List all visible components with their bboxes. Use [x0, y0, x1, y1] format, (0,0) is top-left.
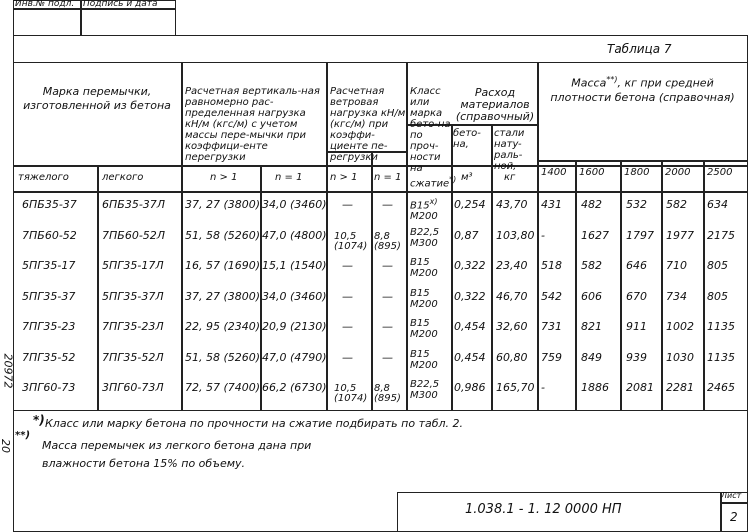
note-1: Класс или марку бетона по прочности на с…	[45, 418, 463, 430]
subheader-light: легкого	[102, 172, 143, 184]
header-mark: Марка перемычки, изготовленной из бетона	[22, 85, 172, 113]
row-mass-2500: 1135	[707, 352, 735, 364]
row-concrete-volume: 0,87	[454, 230, 479, 242]
row-mass-2500: 1135	[707, 321, 735, 333]
row-mark-light: 7ПГ35-23Л	[102, 321, 164, 333]
header-steel: стали натy-раль-ной, кг	[494, 128, 534, 183]
row-vert-load-n-gt-1: 72, 57 (7400)	[185, 382, 260, 394]
row-mark-heavy: 7ПГ35-52	[22, 352, 75, 364]
row-wind-load-n-eq-1: —	[382, 352, 393, 364]
header-vert-load: Расчетная вертикаль-ная равномерно рас-п…	[185, 86, 325, 163]
row-concrete-class: B22,5M300	[410, 227, 439, 249]
row-mass-1400: -	[541, 230, 545, 242]
row-mass-2000: 2281	[666, 382, 694, 394]
table-title: Таблица 7	[607, 43, 672, 55]
row-mark-heavy: 5ПГ35-17	[22, 260, 75, 272]
row-concrete-volume: 0,454	[454, 321, 486, 333]
row-concrete-volume: 0,454	[454, 352, 486, 364]
row-mark-light: 5ПГ35-37Л	[102, 291, 164, 303]
subheader-heavy: тяжелого	[18, 172, 69, 184]
row-vert-load-n-gt-1: 51, 58 (5260)	[185, 230, 260, 242]
document-code: 1.038.1 - 1. 12 0000 НП	[465, 504, 622, 516]
row-concrete-class: B15x)M200	[410, 196, 438, 222]
row-mass-2000: 1977	[666, 230, 694, 242]
row-wind-load-n-gt-1: 10,5(1074)	[334, 232, 367, 252]
subheader-density-0: 1400	[541, 167, 566, 179]
row-vert-load-n-gt-1: 51, 58 (5260)	[185, 352, 260, 364]
row-wind-load-n-eq-1: —	[382, 199, 393, 211]
row-mass-2000: 1030	[666, 352, 694, 364]
row-mass-1800: 1797	[626, 230, 654, 242]
row-concrete-class: B22,5M300	[410, 379, 439, 401]
row-mark-heavy: 3ПГ60-73	[22, 382, 75, 394]
row-vert-load-n-eq-1: 47,0 (4800)	[262, 230, 327, 242]
row-mass-1600: 1627	[581, 230, 609, 242]
row-wind-load-n-gt-1: —	[342, 199, 353, 211]
subheader-wind-n-eq-1: n = 1	[374, 172, 401, 184]
row-mark-heavy: 5ПГ35-37	[22, 291, 75, 303]
row-concrete-volume: 0,322	[454, 291, 486, 303]
row-vert-load-n-gt-1: 37, 27 (3800)	[185, 199, 260, 211]
note-1-mark: *)	[33, 414, 45, 426]
subheader-density-1: 1600	[579, 167, 604, 179]
sheet-label: Лист	[721, 490, 741, 502]
row-mass-1800: 532	[626, 199, 647, 211]
row-mark-light: 7ПБ60-52Л	[102, 230, 165, 242]
sheet-number: 2	[730, 511, 738, 523]
row-mass-1400: -	[541, 382, 545, 394]
row-wind-load-n-gt-1: —	[342, 291, 353, 303]
row-concrete-volume: 0,986	[454, 382, 486, 394]
subheader-vert-n-eq-1: n = 1	[275, 172, 302, 184]
row-mass-1600: 1886	[581, 382, 609, 394]
row-steel-mass: 103,80	[496, 230, 535, 242]
note-2-line-1: Масса перемычек из легкого бетона дана п…	[42, 440, 311, 452]
row-vert-load-n-eq-1: 66,2 (6730)	[262, 382, 327, 394]
row-concrete-volume: 0,254	[454, 199, 486, 211]
row-wind-load-n-eq-1: —	[382, 260, 393, 272]
row-vert-load-n-gt-1: 22, 95 (2340)	[185, 321, 260, 333]
row-mass-1400: 759	[541, 352, 562, 364]
row-mass-1800: 939	[626, 352, 647, 364]
row-mass-1600: 582	[581, 260, 602, 272]
header-wind-load: Расчетная ветровая нагрузка кН/м (кгс/м)…	[330, 86, 406, 163]
row-vert-load-n-eq-1: 15,1 (1540)	[262, 260, 327, 272]
row-concrete-class: B15M200	[410, 288, 438, 310]
subheader-vert-n-gt-1: n > 1	[210, 172, 237, 184]
row-mark-light: 7ПГ35-52Л	[102, 352, 164, 364]
row-vert-load-n-gt-1: 37, 27 (3800)	[185, 291, 260, 303]
row-steel-mass: 23,40	[496, 260, 528, 272]
row-concrete-class: B15M200	[410, 318, 438, 340]
row-mass-1800: 646	[626, 260, 647, 272]
row-vert-load-n-eq-1: 20,9 (2130)	[262, 321, 327, 333]
row-mark-heavy: 6ПБ35-37	[22, 199, 77, 211]
row-mass-2500: 634	[707, 199, 728, 211]
header-consumption: Расход материалов (справочный)	[454, 87, 536, 123]
row-mark-heavy: 7ПБ60-52	[22, 230, 77, 242]
row-mark-light: 5ПГ35-17Л	[102, 260, 164, 272]
row-wind-load-n-gt-1: —	[342, 260, 353, 272]
row-mass-1800: 2081	[626, 382, 654, 394]
row-concrete-class: B15M200	[410, 349, 438, 371]
row-mass-2000: 1002	[666, 321, 694, 333]
row-wind-load-n-eq-1: —	[382, 321, 393, 333]
row-mark-heavy: 7ПГ35-23	[22, 321, 75, 333]
sign-label: Подпись и дата	[83, 0, 158, 10]
header-concrete: бето-на, м³	[453, 128, 491, 183]
row-mass-2000: 582	[666, 199, 687, 211]
row-mass-2500: 2175	[707, 230, 735, 242]
row-mass-1400: 542	[541, 291, 562, 303]
row-mass-1600: 482	[581, 199, 602, 211]
row-mass-2500: 805	[707, 291, 728, 303]
row-wind-load-n-gt-1: —	[342, 321, 353, 333]
row-mark-light: 3ПГ60-73Л	[102, 382, 164, 394]
side-inv-number: 20972	[2, 354, 14, 389]
subheader-density-4: 2500	[707, 167, 732, 179]
row-steel-mass: 32,60	[496, 321, 528, 333]
row-mass-1400: 431	[541, 199, 562, 211]
row-vert-load-n-gt-1: 16, 57 (1690)	[185, 260, 260, 272]
row-vert-load-n-eq-1: 47,0 (4790)	[262, 352, 327, 364]
row-concrete-class: B15M200	[410, 257, 438, 279]
row-wind-load-n-gt-1: —	[342, 352, 353, 364]
row-mass-1600: 821	[581, 321, 602, 333]
row-mass-2000: 710	[666, 260, 687, 272]
header-mass: Масса**), кг при средней плотности бетон…	[545, 73, 740, 105]
row-mass-1800: 911	[626, 321, 647, 333]
row-mass-2500: 805	[707, 260, 728, 272]
note-2-line-2: влажности бетона 15% по объему.	[42, 458, 245, 470]
row-wind-load-n-eq-1: —	[382, 291, 393, 303]
subheader-wind-n-gt-1: n > 1	[330, 172, 357, 184]
row-mass-1400: 731	[541, 321, 562, 333]
row-wind-load-n-gt-1: 10,5(1074)	[334, 384, 367, 404]
row-steel-mass: 43,70	[496, 199, 528, 211]
subheader-density-2: 1800	[624, 167, 649, 179]
row-wind-load-n-eq-1: 8,8(895)	[374, 232, 401, 252]
row-mass-1800: 670	[626, 291, 647, 303]
row-steel-mass: 46,70	[496, 291, 528, 303]
row-mass-1600: 606	[581, 291, 602, 303]
note-2-mark: **)	[15, 430, 30, 442]
row-vert-load-n-eq-1: 34,0 (3460)	[262, 291, 327, 303]
row-steel-mass: 165,70	[496, 382, 535, 394]
row-mass-1600: 849	[581, 352, 602, 364]
row-vert-load-n-eq-1: 34,0 (3460)	[262, 199, 327, 211]
side-number: 20	[0, 439, 11, 453]
subheader-density-3: 2000	[665, 167, 690, 179]
inv-label: Инв.№ подл.	[15, 0, 74, 10]
row-concrete-volume: 0,322	[454, 260, 486, 272]
row-steel-mass: 60,80	[496, 352, 528, 364]
header-class: Класс или марка бето-на по проч-ности на…	[410, 86, 452, 189]
row-mass-1400: 518	[541, 260, 562, 272]
row-wind-load-n-eq-1: 8,8(895)	[374, 384, 401, 404]
row-mass-2500: 2465	[707, 382, 735, 394]
row-mark-light: 6ПБ35-37Л	[102, 199, 165, 211]
row-mass-2000: 734	[666, 291, 687, 303]
